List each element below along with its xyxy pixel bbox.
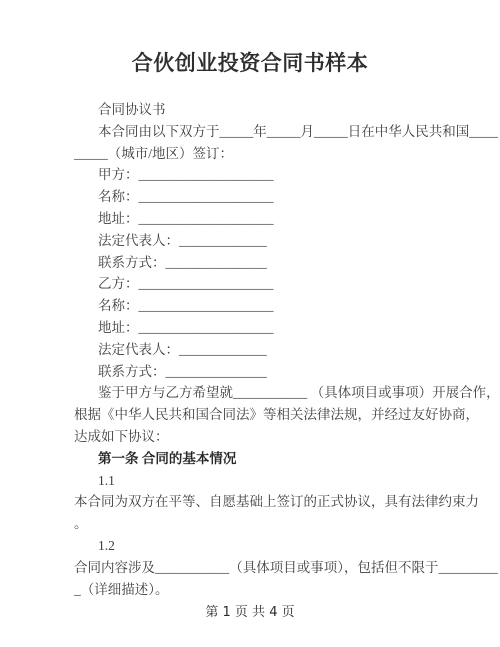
document-line: 名称：____________________ bbox=[74, 186, 498, 208]
document-line: _（详细描述）。 bbox=[74, 579, 498, 601]
document-line: 联系方式：_______________ bbox=[74, 361, 498, 383]
document-line: 合同协议书 bbox=[74, 99, 498, 121]
document-line: _____（城市/地区）签订： bbox=[74, 143, 498, 165]
document-line: 本合同由以下双方于_____年_____月_____日在中华人民共和国_____… bbox=[74, 121, 498, 143]
document-line: 1.2 bbox=[74, 535, 498, 557]
document-line: 地址：____________________ bbox=[74, 317, 498, 339]
document-line: 1.1 bbox=[74, 470, 498, 492]
document-line: 根据《中华人民共和国合同法》等相关法律法规，并经过友好协商， bbox=[74, 404, 498, 426]
document-line: 名称：____________________ bbox=[74, 295, 498, 317]
document-line: 。 bbox=[74, 513, 498, 535]
document-line: 达成如下协议： bbox=[74, 426, 498, 448]
document-line: 联系方式：_______________ bbox=[74, 252, 498, 274]
document-line: 鉴于甲方与乙方希望就___________ （具体项目或事项）开展合作， bbox=[74, 382, 498, 404]
page-number-footer: 第 1 页 共 4 页 bbox=[0, 604, 500, 621]
section-heading: 第一条 合同的基本情况 bbox=[74, 448, 498, 470]
document-line: 甲方：____________________ bbox=[74, 164, 498, 186]
document-line: 乙方：____________________ bbox=[74, 273, 498, 295]
document-body: 合同协议书本合同由以下双方于_____年_____月_____日在中华人民共和国… bbox=[74, 99, 498, 600]
document-line: 法定代表人：_____________ bbox=[74, 230, 498, 252]
document-line: 法定代表人：_____________ bbox=[74, 339, 498, 361]
document-page: 合伙创业投资合同书样本 合同协议书本合同由以下双方于_____年_____月__… bbox=[0, 0, 500, 647]
document-title: 合伙创业投资合同书样本 bbox=[0, 51, 500, 76]
document-line: 合同内容涉及___________（具体项目或事项），包括但不限于_______… bbox=[74, 557, 498, 579]
document-line: 地址：____________________ bbox=[74, 208, 498, 230]
document-line: 本合同为双方在平等、自愿基础上签订的正式协议，具有法律约束力 bbox=[74, 491, 498, 513]
